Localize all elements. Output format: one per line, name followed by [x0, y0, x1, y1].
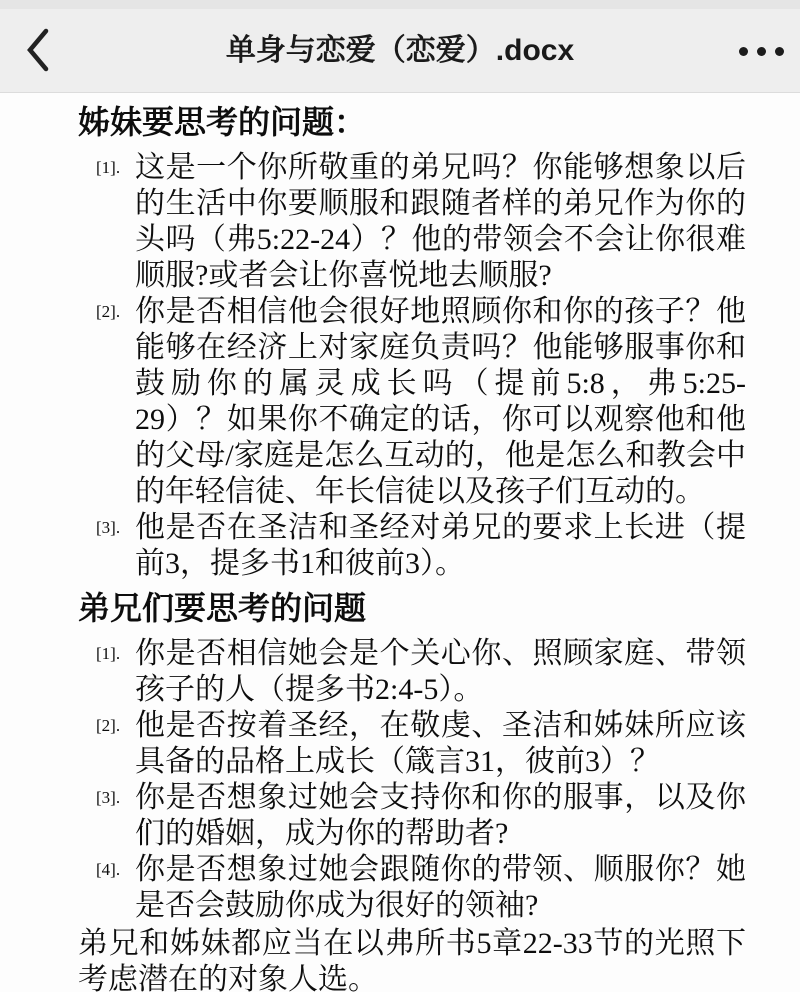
list-item: [3]. 他是否在圣洁和圣经对弟兄的要求上长进（提前3，提多书1和彼前3）。 — [78, 510, 746, 582]
status-strip — [0, 0, 800, 9]
list-item: [4]. 你是否想象过她会跟随你的带领、顺服你？她是否会鼓励你成为很好的领袖? — [78, 852, 746, 924]
document-title: 单身与恋爱（恋爱）.docx — [120, 9, 680, 93]
list-item-text: 你是否相信她会是个关心你、照顾家庭、带领孩子的人（提多书2:4-5）。 — [135, 637, 746, 706]
more-options-button[interactable] — [712, 27, 792, 75]
more-dots-icon — [739, 47, 748, 56]
list-item-marker: [2]. — [96, 717, 120, 734]
section-heading: 弟兄们要思考的问题 — [78, 586, 746, 630]
list-item-marker: [1]. — [96, 645, 120, 662]
section-sisters: 姊妹要思考的问题： [1]. 这是一个你所敬重的弟兄吗？你能够想象以后的生活中你… — [78, 100, 746, 582]
document-viewer: 单身与恋爱（恋爱）.docx 姊妹要思考的问题： [1]. 这是一个你所敬重的弟… — [0, 0, 800, 992]
closing-paragraph: 弟兄和姊妹都应当在以弗所书5章22-33节的光照下考虑潜在的对象人选。 — [78, 926, 746, 992]
list-item-marker: [3]. — [96, 789, 120, 806]
list-item: [2]. 你是否相信他会很好地照顾你和你的孩子？他能够在经济上对家庭负责吗？他能… — [78, 294, 746, 510]
list-item-text: 你是否想象过她会支持你和你的服事，以及你们的婚姻，成为你的帮助者? — [135, 781, 746, 850]
more-dots-icon — [757, 47, 766, 56]
list-item-text: 他是否在圣洁和圣经对弟兄的要求上长进（提前3，提多书1和彼前3）。 — [135, 511, 746, 580]
list-item: [3]. 你是否想象过她会支持你和你的服事，以及你们的婚姻，成为你的帮助者? — [78, 780, 746, 852]
list-item-text: 你是否相信他会很好地照顾你和你的孩子？他能够在经济上对家庭负责吗？他能够服事你和… — [135, 295, 746, 508]
list-item-text: 你是否想象过她会跟随你的带领、顺服你？她是否会鼓励你成为很好的领袖? — [135, 853, 746, 922]
list-item-text: 这是一个你所敬重的弟兄吗？你能够想象以后的生活中你要顺服和跟随者样的弟兄作为你的… — [135, 151, 746, 292]
list-item: [1]. 你是否相信她会是个关心你、照顾家庭、带领孩子的人（提多书2:4-5）。 — [78, 636, 746, 708]
section-heading: 姊妹要思考的问题： — [78, 100, 746, 144]
header-bar: 单身与恋爱（恋爱）.docx — [0, 0, 800, 93]
list-item-marker: [1]. — [96, 159, 120, 176]
list-item: [2]. 他是否按着圣经，在敬虔、圣洁和姊妹所应该具备的品格上成长（箴言31，彼… — [78, 708, 746, 780]
nav-row: 单身与恋爱（恋爱）.docx — [0, 9, 800, 93]
list-item-marker: [2]. — [96, 303, 120, 320]
chevron-left-icon — [26, 28, 50, 75]
back-button[interactable] — [10, 17, 66, 85]
list-item-text: 他是否按着圣经，在敬虔、圣洁和姊妹所应该具备的品格上成长（箴言31，彼前3）？ — [135, 709, 746, 778]
document-content: 姊妹要思考的问题： [1]. 这是一个你所敬重的弟兄吗？你能够想象以后的生活中你… — [0, 93, 800, 992]
section-brothers: 弟兄们要思考的问题 [1]. 你是否相信她会是个关心你、照顾家庭、带领孩子的人（… — [78, 586, 746, 924]
more-dots-icon — [775, 47, 784, 56]
list-item-marker: [4]. — [96, 861, 120, 878]
list-item: [1]. 这是一个你所敬重的弟兄吗？你能够想象以后的生活中你要顺服和跟随者样的弟… — [78, 150, 746, 294]
list-item-marker: [3]. — [96, 519, 120, 536]
